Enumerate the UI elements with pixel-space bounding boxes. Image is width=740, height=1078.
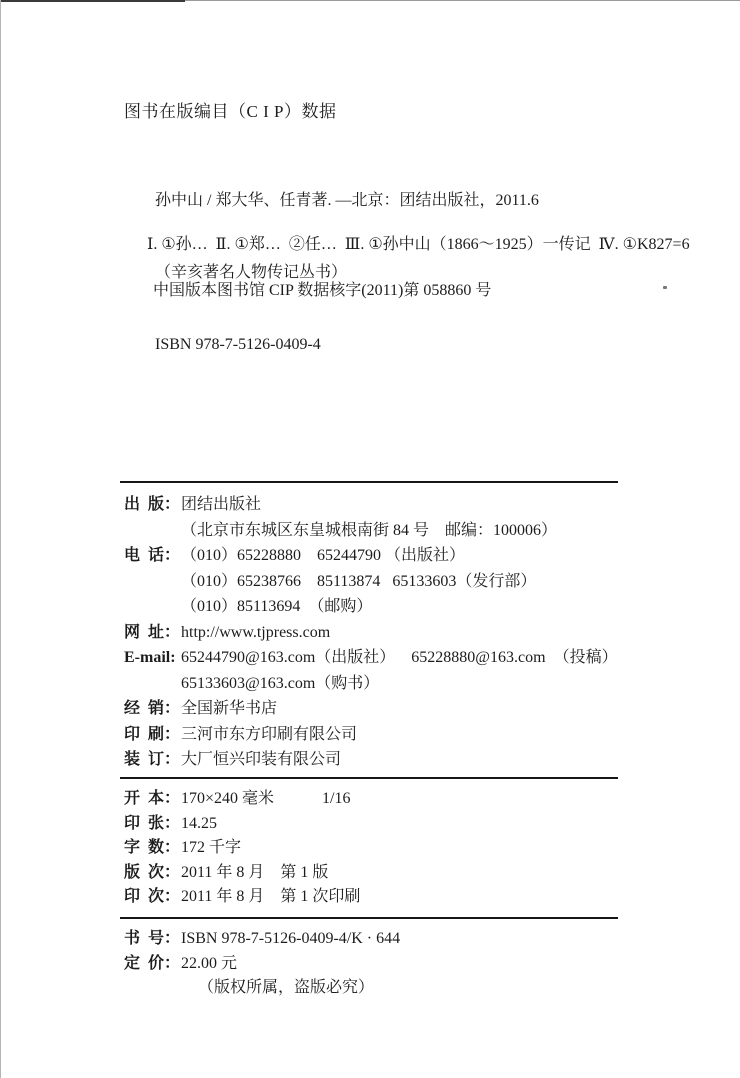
info-label: 印 张：: [124, 812, 181, 837]
info-label: 书 号：: [124, 927, 181, 952]
publishing-info-block: 出 版：团结出版社 （北京市东城区东皇城根南街 84 号 邮编：100006） …: [124, 492, 618, 773]
cip-entry-line-isbn: ISBN 978-7-5126-0409-4: [155, 333, 539, 357]
info-value: 65133603@163.com（购书）: [181, 675, 379, 692]
colophon-page: 图书在版编目（C I P）数据 孙中山 / 郑大华、任青著. —北京：团结出版社…: [0, 0, 740, 1078]
info-value: 三河市东方印刷有限公司: [181, 726, 357, 743]
info-line-phone-1: 电 话：（010）65228880 65244790 （出版社）: [124, 543, 618, 569]
scan-edge-left: [0, 0, 1, 1078]
format-info-block: 开 本：170×240 毫米 1/16 印 张：14.25 字 数：172 千字…: [124, 787, 360, 910]
pricing-info-block: 书 号：ISBN 978-7-5126-0409-4/K · 644 定 价：2…: [124, 927, 400, 1001]
info-label: E-mail:: [124, 645, 181, 671]
info-line-printing: 印 刷：三河市东方印刷有限公司: [124, 722, 618, 748]
info-label: 开 本：: [124, 787, 181, 812]
info-line-price: 定 价：22.00 元: [124, 952, 400, 977]
info-line-impression: 印 次：2011 年 8 月 第 1 次印刷: [124, 885, 360, 910]
info-value: （010）65228880 65244790 （出版社）: [181, 547, 465, 564]
scan-speck: [663, 286, 667, 289]
info-label: 经 销：: [124, 696, 181, 722]
copyright-notice: （版权所属，盗版必究）: [124, 976, 400, 1001]
cip-entry-line-book: 孙中山 / 郑大华、任青著. —北京：团结出版社，2011.6: [155, 189, 539, 213]
info-label: 版 次：: [124, 861, 181, 886]
info-value: （010）65238766 85113874 65133603（发行部）: [181, 573, 536, 590]
divider-rule-middle: [120, 777, 618, 779]
info-value: 全国新华书店: [181, 700, 277, 717]
info-value: 14.25: [181, 815, 217, 832]
info-line-trim-size: 开 本：170×240 毫米 1/16: [124, 787, 360, 812]
divider-rule-bottom: [120, 917, 618, 919]
info-label: 印 次：: [124, 885, 181, 910]
info-value: 2011 年 8 月 第 1 次印刷: [181, 888, 360, 905]
info-label: 网 址：: [124, 620, 181, 646]
info-value: （北京市东城区东皇城根南街 84 号 邮编：100006）: [181, 522, 557, 539]
info-value: 172 千字: [181, 839, 241, 856]
cip-record-number: 中国版本图书馆 CIP 数据核字(2011)第 058860 号: [153, 277, 491, 300]
info-line-book-number: 书 号：ISBN 978-7-5126-0409-4/K · 644: [124, 927, 400, 952]
info-value: http://www.tjpress.com: [181, 624, 330, 641]
info-line-email-1: E-mail:65244790@163.com（出版社） 65228880@16…: [124, 645, 618, 671]
cip-entry-block: 孙中山 / 郑大华、任青著. —北京：团结出版社，2011.6 （辛亥著名人物传…: [155, 141, 539, 405]
info-value: （010）85113694 （邮购）: [181, 598, 372, 615]
scan-edge-top-dark: [0, 0, 185, 2]
info-value: 团结出版社: [181, 496, 261, 513]
info-label: 出 版：: [124, 492, 181, 518]
divider-rule-top: [120, 481, 618, 483]
info-label: 电 话：: [124, 543, 181, 569]
info-line-phone-2: （010）65238766 85113874 65133603（发行部）: [124, 569, 618, 595]
info-label: 装 订：: [124, 747, 181, 773]
cip-classification: Ⅰ. ①孙… Ⅱ. ①郑… ②任… Ⅲ. ①孙中山（1866～1925）一传记 …: [147, 231, 690, 254]
info-line-binding: 装 订：大厂恒兴印装有限公司: [124, 747, 618, 773]
info-value: 22.00 元: [181, 955, 237, 972]
info-value: 2011 年 8 月 第 1 版: [181, 864, 328, 881]
info-value: 大厂恒兴印装有限公司: [181, 751, 341, 768]
info-line-word-count: 字 数：172 千字: [124, 836, 360, 861]
info-line-address: （北京市东城区东皇城根南街 84 号 邮编：100006）: [124, 518, 618, 544]
info-label: 印 刷：: [124, 722, 181, 748]
info-line-website: 网 址：http://www.tjpress.com: [124, 620, 618, 646]
info-line-email-2: 65133603@163.com（购书）: [124, 671, 618, 697]
info-line-sheets: 印 张：14.25: [124, 812, 360, 837]
info-line-distribution: 经 销：全国新华书店: [124, 696, 618, 722]
info-value: ISBN 978-7-5126-0409-4/K · 644: [181, 930, 400, 947]
info-value: 65244790@163.com（出版社） 65228880@163.com （…: [181, 649, 618, 666]
info-label: 定 价：: [124, 952, 181, 977]
info-line-edition: 版 次：2011 年 8 月 第 1 版: [124, 861, 360, 886]
info-value: 170×240 毫米 1/16: [181, 790, 350, 807]
info-line-publisher: 出 版：团结出版社: [124, 492, 618, 518]
info-line-phone-3: （010）85113694 （邮购）: [124, 594, 618, 620]
cip-title: 图书在版编目（C I P）数据: [124, 97, 336, 122]
info-label: 字 数：: [124, 836, 181, 861]
